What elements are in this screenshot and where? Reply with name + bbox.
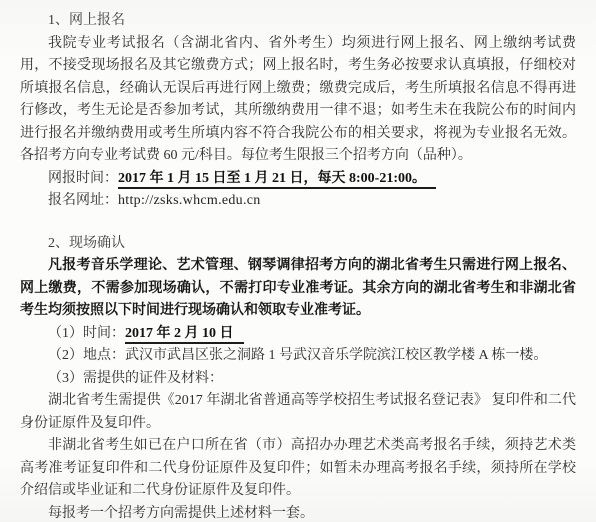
- para-online-registration-intro: 我院专业考试报名（含湖北省内、省外考生）均须进行网上报名、网上缴纳考试费用，不接…: [20, 33, 576, 168]
- para-hubei-materials: 湖北省考生需提供《2017 年湖北省普通高等学校招生考试报名登记表》 复印件和二…: [20, 390, 576, 435]
- website-line: 报名网址：http://zsks.whcm.edu.cn: [20, 190, 576, 213]
- item-time-line: （1）时间：2017 年 2 月 10 日: [20, 323, 576, 346]
- online-time-label: 网报时间：: [48, 171, 118, 186]
- online-time-value: 2017 年 1 月 15 日至 1 月 21 日，每天 8:00-21:00。: [118, 171, 436, 189]
- website-url: http://zsks.whcm.edu.cn: [118, 193, 261, 208]
- section-2-heading: 2、现场确认: [20, 233, 576, 256]
- para-onsite-confirmation-intro: 凡报考音乐学理论、艺术管理、钢琴调律招考方向的湖北省考生只需进行网上报名、网上缴…: [20, 255, 576, 323]
- item-time-value: 2017 年 2 月 10 日: [125, 326, 244, 344]
- website-label: 报名网址：: [48, 193, 118, 208]
- section-1-heading: 1、网上报名: [20, 10, 576, 33]
- online-time-line: 网报时间：2017 年 1 月 15 日至 1 月 21 日，每天 8:00-2…: [20, 168, 576, 191]
- document-page: 1、网上报名 我院专业考试报名（含湖北省内、省外考生）均须进行网上报名、网上缴纳…: [0, 0, 596, 522]
- item-materials-heading: （3）需提供的证件及材料：: [20, 368, 576, 391]
- para-non-hubei-materials: 非湖北省考生如已在户口所在省（市）高招办办理艺术类高考报名手续，须持艺术类高考准…: [20, 435, 576, 503]
- para-materials-per-direction: 每报考一个招考方向需提供上述材料一套。: [20, 503, 576, 522]
- item-location-line: （2）地点：武汉市武昌区张之洞路 1 号武汉音乐学院滨江校区教学楼 A 栋一楼。: [20, 345, 576, 368]
- item-time-label: （1）时间：: [48, 326, 125, 341]
